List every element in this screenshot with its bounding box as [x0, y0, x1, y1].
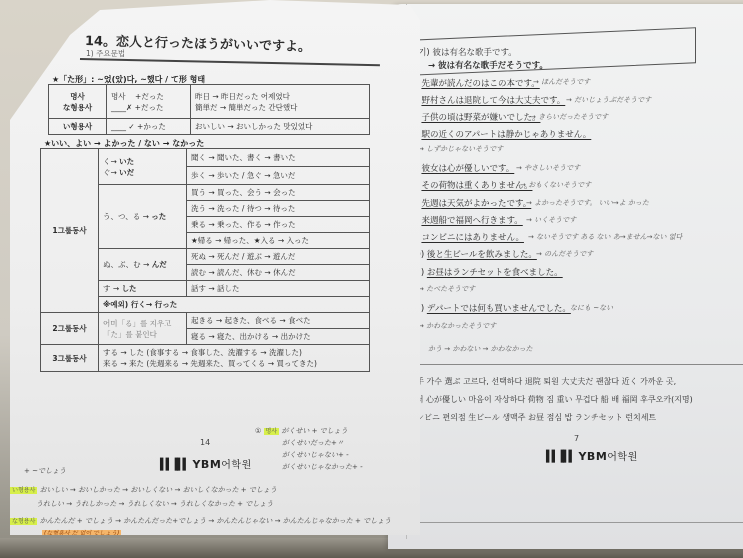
group2-label: 2그룹동사: [41, 313, 99, 345]
group1-exception: ※예외) 行く→ 行った: [99, 297, 370, 313]
right-worksheet-page: 보기) 彼は有名な歌手です。 → 彼は有名な歌手だそうです。 1) 先輩が読んだ…: [388, 4, 743, 549]
examples-noun: 昨日 → 昨日だった 어제였다簡単だ → 簡単だった 간단했다: [191, 85, 370, 119]
group3-label: 3그룹동사: [41, 345, 99, 372]
page-number: 7: [574, 434, 579, 443]
answer-8: → いくそうです: [526, 215, 576, 225]
question-3: 3) 子供の頃は野菜が嫌いでした。: [410, 111, 540, 123]
handwritten-note: ① 명사 がくせい + でしょう: [255, 426, 348, 436]
question-5: 5) 彼女は心が優しいです。: [410, 162, 514, 174]
answer-7: → よかったそうです。 いい→よ かった: [526, 198, 649, 208]
answer-1: → ほんだそうです: [533, 77, 590, 87]
question-12: 12) デパートでは何も買いませんでした。: [410, 302, 571, 314]
page-bottom-edge: [407, 522, 743, 523]
vocab-line-2: 근처 心が優しい 마음이 자상하다 荷物 짐 重い 무겁다 船 배 福岡 후쿠오…: [408, 394, 693, 405]
answer-10: → のんだそうです: [536, 249, 593, 259]
answer-6: → おもくないそうです: [520, 180, 591, 190]
circle-1-icon: ①: [255, 427, 261, 435]
verb-conjugation-table: 1그룹동사 く→ いたぐ→ いだ 聞く → 聞いた、書く → 書いた 歩く → …: [40, 148, 370, 372]
examples-i-adj: おいしい → おいしかった 맛있었다: [191, 119, 370, 135]
example-question: 보기) 彼は有名な歌手です。: [410, 46, 517, 58]
rule-nu-bu-mu: ぬ、ぶ、む → んだ: [99, 249, 187, 281]
rule-noun: 명사 +だった____✗ +だった: [107, 85, 191, 119]
question-11: 11) お昼はランチセットを食べました。: [410, 266, 563, 278]
example-answer: → 彼は有名な歌手だそうです。: [428, 59, 548, 71]
question-4: 4) 駅の近くのアパートは静かじゃありません。: [410, 128, 591, 140]
logo-mark-icon: ▌▌▐▌▌: [160, 458, 188, 471]
vocab-line-3: コンビニ 편의점 生ビール 생맥주 お昼 점심 밥 ランチセット 런치세트: [408, 412, 656, 423]
rule-u-tsu-ru: う、つ、る → った: [99, 185, 187, 249]
ybm-logo: ▌▌▐▌▌ YBM어학원: [160, 456, 252, 471]
logo-mark-icon: ▌▌▐▌▌: [546, 450, 574, 463]
conjugation-note: かう → かわない → かわなかった: [428, 344, 533, 354]
side-note-12: なにも ~ない: [570, 303, 613, 313]
question-10: 10) 後と生ビールを飲みました。: [410, 248, 537, 260]
answer-3: → きらいだったそうです: [530, 112, 608, 122]
answer-11: → たべたそうです: [418, 284, 475, 294]
question-2: 2) 野村さんは退院して今は大丈夫です。: [410, 94, 565, 106]
i-adj-line: い형용사 おいしい → おいしかった → おいしくない → おいしくなかった +…: [10, 485, 277, 495]
rule-i-adj: ____ ✓ +かった: [107, 119, 191, 135]
answer-4: → しずかじゃないそうです: [418, 144, 503, 154]
question-9: 9) コンビニにはありません。: [410, 231, 524, 243]
answer-12: → かわなかったそうです: [418, 321, 496, 331]
left-worksheet-page: 14。恋人と行ったほうがいいですよ。 1) 주요문법 ★「た形」: ~었(았)다…: [10, 0, 420, 540]
question-1: 1) 先輩が読んだのはこの本です。: [410, 77, 540, 89]
rule-ku-gu: く→ いたぐ→ いだ: [99, 149, 187, 185]
question-6: 6) その荷物は重くありません。: [410, 179, 532, 191]
ta-form-table: 명사な형용사 명사 +だった____✗ +だった 昨日 → 昨日だった 어제였다…: [48, 84, 370, 135]
answer-9: → ないそうです ある ない あ→ません→ない 없다: [528, 232, 682, 242]
vocab-line-1: 歌手 가수 選ぶ 고르다, 선택하다 退院 퇴원 大丈夫だ 괜찮다 近く 가까운…: [408, 376, 676, 387]
title-rule: [80, 58, 380, 66]
answer-2: → だいじょうぶだそうです: [566, 95, 651, 105]
vocab-divider: [407, 364, 743, 365]
rule-su: す → した: [99, 281, 187, 297]
answer-5: → やさしいそうです: [516, 163, 580, 173]
rule-group2: 어미「る」를 지우고「た」를 붙인다: [99, 313, 187, 345]
question-8: 8) 来週船で福岡へ行きます。: [410, 214, 523, 226]
group1-label: 1그룹동사: [41, 149, 99, 313]
question-7: 7) 先週は天気がよかったです。: [410, 197, 531, 209]
examples-group3: する → した (食事する → 食事した、洗濯する → 洗濯した)来る → 来た…: [99, 345, 370, 372]
na-adj-note: (な형용사 だ 없이 でしょう): [42, 530, 121, 537]
ybm-logo: ▌▌▐▌▌ YBM어학원: [546, 448, 638, 463]
handwritten-heading: + ~でしょう: [24, 466, 66, 476]
page-number: 14: [200, 438, 210, 447]
cat-noun-na-adj: 명사な형용사: [49, 85, 107, 119]
na-adj-line: な형용사 かんたんだ + でしょう → かんたんだった+でしょう → かんたんじ…: [10, 516, 391, 526]
cat-i-adj: い형용사: [49, 119, 107, 135]
